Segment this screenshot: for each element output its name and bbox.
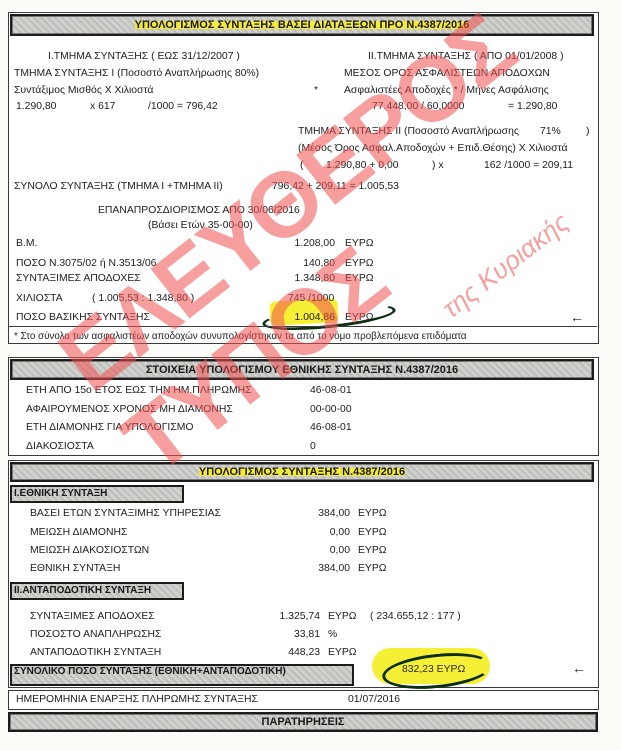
row-label: ΒΑΣΕΙ ΕΤΩΝ ΣΥΝΤΑΞΙΜΗΣ ΥΠΗΡΕΣΙΑΣ (30, 508, 221, 519)
row-value: 0,00 (290, 527, 350, 538)
section-national-data-title: ΣΤΟΙΧΕΙΑ ΥΠΟΛΟΓΙΣΜΟΥ ΕΘΝΙΚΗΣ ΣΥΝΤΑΞΗΣ Ν.… (10, 359, 594, 380)
row-value: 1.325,74 (260, 611, 320, 622)
row-label: ΣΥΝΤΑΞΙΜΕΣ ΑΠΟΔΟΧΕΣ (16, 273, 141, 284)
part2-sum: 1.290,80 + 0,00 (326, 160, 399, 171)
total-pension-label: ΣΥΝΟΛΙΚΟ ΠΟΣΟ ΣΥΝΤΑΞΗΣ (ΕΘΝΙΚΗ+ΑΝΤΑΠΟΔΟΤ… (10, 664, 354, 686)
row-label: ΧΙΛΙΟΣΤΑ (16, 293, 63, 304)
section-pension-4387-title: ΥΠΟΛΟΓΙΣΜΟΣ ΣΥΝΤΑΞΗΣ Ν.4387/2016 (10, 462, 594, 482)
row-label: ΕΤΗ ΑΠΟ 15ο ΕΤΟΣ ΕΩΣ ΤΗΝ ΗΜ.ΠΛΗΡΩΜΗΣ (26, 385, 252, 396)
handwritten-arrow-icon: ← (572, 660, 586, 676)
row-label: ΠΟΣΟ Ν.3075/02 ή Ν.3513/06 (16, 258, 156, 269)
part2-x: ) x (432, 160, 444, 171)
row-label: ΕΘΝΙΚΗ ΣΥΝΤΑΞΗ (30, 563, 120, 574)
redetermination-subtitle: (Βάσει Ετών 35-00-00) (148, 220, 253, 231)
row-label: ΔΙΑΚΟΣΙΟΣΤΑ (26, 441, 94, 452)
row-value: 1.004,86 (270, 312, 335, 323)
part1-mult: x 617 (90, 101, 115, 112)
row-unit: ΕΥΡΩ (345, 238, 374, 249)
part2-line1: ΜΕΣΟΣ ΟΡΟΣ ΑΣΦΑΛΙΣΤΕΩΝ ΑΠΟΔΟΧΩΝ (344, 68, 550, 79)
part2-line2: Ασφαλιστέες Αποδοχές * / Μήνες Ασφάλισης (344, 85, 549, 96)
redetermination-title: ΕΠΑΝΑΠΡΟΣΔΙΟΡΙΣΜΟΣ ΑΠΟ 30/06/2016 (98, 205, 300, 216)
row-label: ΕΤΗ ΔΙΑΜΟΝΗΣ ΓΙΑ ΥΠΟΛΟΓΙΣΜΟ (26, 422, 193, 433)
row-label: Β.Μ. (16, 238, 37, 249)
row-label: ΜΕΙΩΣΗ ΔΙΑΜΟΝΗΣ (30, 527, 127, 538)
row-value: 00-00-00 (310, 404, 352, 415)
total-label: ΣΥΝΟΛΟ ΣΥΝΤΑΞΗΣ (ΤΜΗΜΑ I +ΤΜΗΜΑ II) (14, 181, 223, 192)
row-unit: ΕΥΡΩ (328, 647, 357, 658)
row-label: ΠΟΣΟΣΤΟ ΑΝΑΠΛΗΡΩΣΗΣ (30, 629, 161, 640)
row-value: 46-08-01 (310, 422, 352, 433)
row-unit: % (328, 629, 337, 640)
row-value: 46-08-01 (310, 385, 352, 396)
row-label: ΜΕΙΩΣΗ ΔΙΑΚΟΣΙΟΣΤΩΝ (30, 545, 149, 556)
row-unit: ΕΥΡΩ (358, 545, 387, 556)
row-value: 384,00 (290, 508, 350, 519)
part2-open: ( (300, 160, 303, 171)
row-value: 140,80 (270, 258, 335, 269)
part2-close: ) (586, 126, 589, 137)
part2-line3: ΤΜΗΜΑ ΣΥΝΤΑΞΗΣ II (Ποσοστό Αναπλήρωσης (298, 126, 519, 137)
row-unit: ΕΥΡΩ (345, 273, 374, 284)
row-value: 0,00 (290, 545, 350, 556)
part2-line4: (Μέσος Όρος Ασφαλ.Αποδοχών + Επιδ.Θέσης)… (298, 143, 567, 154)
start-date-value: 01/07/2016 (348, 694, 400, 705)
section-pre-4387-title: ΥΠΟΛΟΓΙΣΜΟΣ ΣΥΝΤΑΞΗΣ ΒΑΣΕΙ ΔΙΑΤΑΞΕΩΝ ΠΡΟ… (10, 14, 594, 36)
national-pension-heading: I.ΕΘΝΙΚΗ ΣΥΝΤΑΞΗ (10, 485, 184, 503)
row-value: 1.348,80 (270, 273, 335, 284)
part2-result: 162 /1000 = 209,11 (484, 160, 573, 171)
row-value: 0 (310, 441, 316, 452)
contributory-pension-heading: II.ΑΝΤΑΠΟΔΟΤΙΚΗ ΣΥΝΤΑΞΗ (10, 582, 184, 600)
row-extra: ( 1.005,53 : 1.348,80 ) (92, 293, 194, 304)
row-label: ΠΟΣΟ ΒΑΣΙΚΗΣ ΣΥΝΤΑΞΗΣ (16, 312, 150, 323)
row-unit: ΕΥΡΩ (345, 258, 374, 269)
row-value: 1.208,00 (270, 238, 335, 249)
part2-pct: 71% (540, 126, 561, 137)
row-label: ΣΥΝΤΑΞΙΜΕΣ ΑΠΟΔΟΧΕΣ (30, 611, 155, 622)
footnote: * Στο σύνολο των ασφαλιστέων αποδοχών συ… (14, 331, 467, 342)
part1-line2: Συντάξιμος Μισθός Χ Χιλιοστά (14, 85, 153, 96)
row-value: 33,81 (260, 629, 320, 640)
row-unit: ΕΥΡΩ (358, 527, 387, 538)
start-date-label: ΗΜΕΡΟΜΗΝΙΑ ΕΝΑΡΞΗΣ ΠΛΗΡΩΜΗΣ ΣΥΝΤΑΞΗΣ (16, 694, 258, 705)
remarks-title: ΠΑΡΑΤΗΡΗΣΕΙΣ (8, 712, 598, 732)
row-value: 384,00 (290, 563, 350, 574)
handwritten-arrow-icon: ← (570, 309, 584, 325)
row-unit: ΕΥΡΩ (358, 563, 387, 574)
part2-bullet: * (314, 85, 318, 96)
row-unit: ΕΥΡΩ (358, 508, 387, 519)
part1-result: /1000 = 796,42 (148, 101, 218, 112)
part1-heading: I.ΤΜΗΜΑ ΣΥΝΤΑΞΗΣ ( ΕΩΣ 31/12/2007 ) (48, 51, 240, 62)
row-unit: ΕΥΡΩ (345, 312, 374, 323)
total-pension-value: 832,23 ΕΥΡΩ (402, 664, 465, 675)
row-unit: ΕΥΡΩ (328, 611, 357, 622)
total-value: 796,42 + 209,11 = 1.005,53 (272, 181, 399, 192)
row-extra: ( 234.655,12 : 177 ) (370, 611, 461, 622)
row-label: ΑΦΑΙΡΟΥΜΕΝΟΣ ΧΡΟΝΟΣ ΜΗ ΔΙΑΜΟΝΗΣ (26, 404, 233, 415)
part1-line1: ΤΜΗΜΑ ΣΥΝΤΑΞΗΣ I (Ποσοστό Αναπλήρωσης 80… (14, 68, 259, 79)
part2-heading: II.ΤΜΗΜΑ ΣΥΝΤΑΞΗΣ ( ΑΠΟ 01/01/2008 ) (368, 51, 564, 62)
part2-calc-result: = 1.290,80 (508, 101, 557, 112)
part1-salary: 1.290,80 (16, 101, 56, 112)
part2-calc: 77.448,00 / 60,0000 (372, 101, 464, 112)
row-label: ΑΝΤΑΠΟΔΟΤΙΚΗ ΣΥΝΤΑΞΗ (30, 647, 161, 658)
row-value: 448,23 (260, 647, 320, 658)
row-value: 745 /1000 (288, 293, 334, 304)
